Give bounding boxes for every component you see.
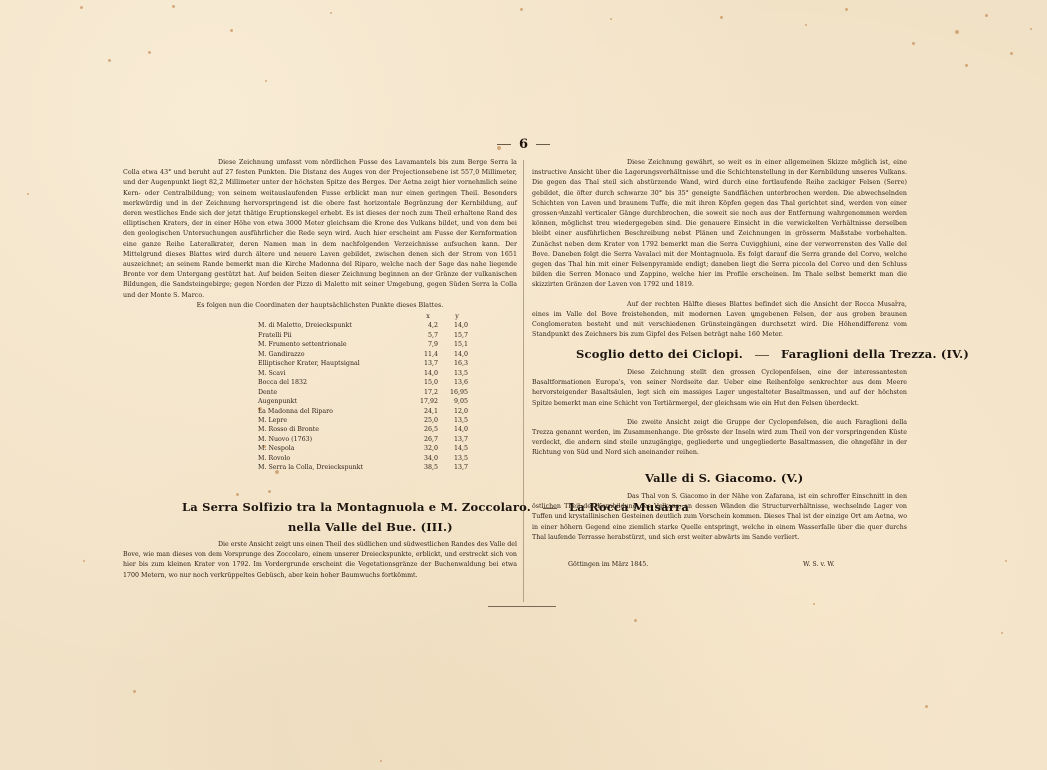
- table-row: M. Rovolo34,013,5: [258, 454, 468, 463]
- table-row: Dente17,216,95: [258, 388, 468, 397]
- table-row: Elliptischer Krater, Hauptsignal13,716,3: [258, 359, 468, 368]
- section-4-heading: Scoglio detto dei Ciclopi.Faraglioni del…: [576, 347, 969, 361]
- point-y: 13,5: [446, 454, 468, 463]
- page-number-dash-left: [497, 144, 511, 145]
- column-divider: [523, 160, 524, 602]
- table-row: M. Rosso di Bronte26,514,0: [258, 425, 468, 434]
- point-y: 15,7: [446, 331, 468, 340]
- point-name: M. Nuovo (1763): [258, 435, 418, 444]
- section-5-body: Das Thal von S. Giacomo in der Nähe von …: [532, 492, 907, 543]
- section-3-body: Die erste Ansicht zeigt uns einen Theil …: [123, 540, 517, 581]
- point-x: 7,9: [418, 340, 446, 349]
- right-paragraph-2: Auf der rechten Hälfte dieses Blattes be…: [532, 300, 907, 341]
- point-x: 32,0: [418, 444, 446, 453]
- point-name: Elliptischer Krater, Hauptsignal: [258, 359, 418, 368]
- point-y: 16,95: [446, 388, 468, 397]
- section-5-heading: Valle di S. Giacomo. (V.): [645, 471, 803, 485]
- table-row: Fratelli Pii5,715,7: [258, 331, 468, 340]
- point-name: Bocca del 1832: [258, 378, 418, 387]
- point-x: 17,92: [418, 397, 446, 406]
- point-y: 12,0: [446, 407, 468, 416]
- point-y: 14,0: [446, 321, 468, 330]
- table-row: Augenpunkt17,929,05: [258, 397, 468, 406]
- point-x: 34,0: [418, 454, 446, 463]
- point-y: 13,5: [446, 416, 468, 425]
- table-row: M. Scavi14,013,5: [258, 369, 468, 378]
- table-row: La Madonna del Riparo24,112,0: [258, 407, 468, 416]
- point-name: La Madonna del Riparo: [258, 407, 418, 416]
- section-3-title-a: La Serra Solfizio tra la Montagnuola e M…: [182, 500, 531, 514]
- left-column: Diese Zeichnung umfasst vom nördlichen F…: [123, 158, 517, 311]
- point-y: 14,5: [446, 444, 468, 453]
- point-x: 24,1: [418, 407, 446, 416]
- point-y: 14,0: [446, 350, 468, 359]
- header-name: [258, 312, 418, 321]
- section-4-title-a: Scoglio detto dei Ciclopi.: [576, 347, 743, 361]
- point-x: 26,5: [418, 425, 446, 434]
- point-y: 13,7: [446, 435, 468, 444]
- bottom-rule: [488, 606, 556, 607]
- point-y: 13,6: [446, 378, 468, 387]
- page-number-text: 6: [519, 137, 528, 152]
- point-y: 15,1: [446, 340, 468, 349]
- signature-author: W. S. v. W.: [803, 561, 835, 568]
- point-name: Dente: [258, 388, 418, 397]
- coordinates-caption: Es folgen nun die Coordinaten der haupts…: [123, 301, 517, 311]
- point-x: 11,4: [418, 350, 446, 359]
- point-name: M. Rosso di Bronte: [258, 425, 418, 434]
- table-row: M. Frumento settentrionale7,915,1: [258, 340, 468, 349]
- point-x: 15,0: [418, 378, 446, 387]
- section-4-body: Diese Zeichnung stellt den grossen Cyclo…: [532, 368, 907, 468]
- table-row: Bocca del 183215,013,6: [258, 378, 468, 387]
- point-x: 26,7: [418, 435, 446, 444]
- point-name: M. Scavi: [258, 369, 418, 378]
- right-paragraph-1: Diese Zeichnung gewährt, so weit es in e…: [532, 158, 907, 291]
- point-name: M. Nespola: [258, 444, 418, 453]
- point-x: 5,7: [418, 331, 446, 340]
- point-name: M. Serra la Colla, Dreieckspunkt: [258, 463, 418, 472]
- section-4-title-b: Faraglioni della Trezza. (IV.): [781, 347, 969, 361]
- point-y: 16,3: [446, 359, 468, 368]
- point-x: 38,5: [418, 463, 446, 472]
- intro-paragraph: Diese Zeichnung umfasst vom nördlichen F…: [123, 158, 517, 301]
- point-y: 14,0: [446, 425, 468, 434]
- point-name: M. di Maletto, Dreieckspunkt: [258, 321, 418, 330]
- section-3-heading-line-2: nella Valle del Bue. (III.): [288, 520, 453, 534]
- header-y: y: [446, 312, 468, 321]
- coordinates-header-row: x y: [258, 312, 468, 321]
- table-row: M. Gandirazzo11,414,0: [258, 350, 468, 359]
- heading-dash: [755, 355, 769, 356]
- point-y: 9,05: [446, 397, 468, 406]
- signature-place-date: Göttingen im März 1845.: [568, 561, 648, 568]
- section-3-paragraph: Die erste Ansicht zeigt uns einen Theil …: [123, 540, 517, 581]
- point-name: M. Rovolo: [258, 454, 418, 463]
- point-x: 25,0: [418, 416, 446, 425]
- point-x: 14,0: [418, 369, 446, 378]
- point-x: 13,7: [418, 359, 446, 368]
- right-column: Diese Zeichnung gewährt, so weit es in e…: [532, 158, 907, 340]
- point-y: 13,5: [446, 369, 468, 378]
- page-number: 6: [0, 137, 1047, 152]
- table-row: M. Nuovo (1763)26,713,7: [258, 435, 468, 444]
- coordinates-table: x y M. di Maletto, Dreieckspunkt4,214,0 …: [258, 312, 468, 473]
- point-name: M. Gandirazzo: [258, 350, 418, 359]
- table-row: M. Lepre25,013,5: [258, 416, 468, 425]
- section-5-paragraph: Das Thal von S. Giacomo in der Nähe von …: [532, 492, 907, 543]
- section-4-paragraph-2: Die zweite Ansicht zeigt die Gruppe der …: [532, 418, 907, 459]
- table-row: M. Nespola32,014,5: [258, 444, 468, 453]
- header-x: x: [418, 312, 446, 321]
- point-name: Augenpunkt: [258, 397, 418, 406]
- page-number-dash-right: [536, 144, 550, 145]
- point-x: 4,2: [418, 321, 446, 330]
- point-y: 13,7: [446, 463, 468, 472]
- point-name: Fratelli Pii: [258, 331, 418, 340]
- point-x: 17,2: [418, 388, 446, 397]
- point-name: M. Lepre: [258, 416, 418, 425]
- point-name: M. Frumento settentrionale: [258, 340, 418, 349]
- section-4-paragraph-1: Diese Zeichnung stellt den grossen Cyclo…: [532, 368, 907, 409]
- table-row: M. Serra la Colla, Dreieckspunkt38,513,7: [258, 463, 468, 472]
- table-row: M. di Maletto, Dreieckspunkt4,214,0: [258, 321, 468, 330]
